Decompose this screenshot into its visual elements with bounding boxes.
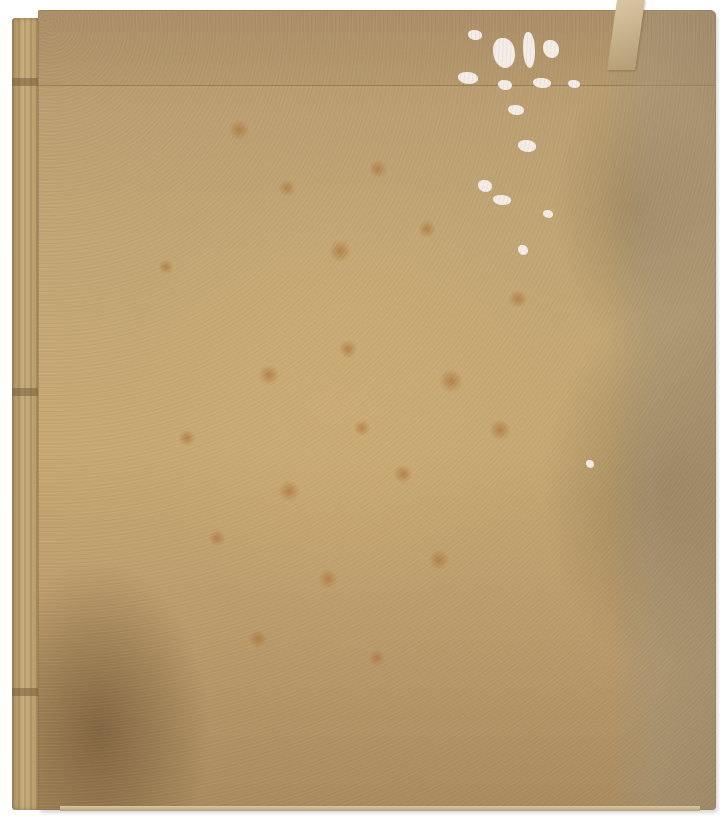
paper-flake bbox=[523, 32, 535, 68]
paper-flake bbox=[518, 140, 536, 152]
paper-flake bbox=[478, 180, 492, 192]
page-edge bbox=[60, 806, 700, 811]
paper-flake bbox=[586, 460, 594, 468]
book-cover bbox=[38, 10, 716, 810]
foxing-spot bbox=[368, 160, 388, 178]
foxing-spot bbox=[318, 570, 338, 588]
water-stain bbox=[606, 10, 716, 810]
foxing-spot bbox=[428, 550, 450, 570]
paper-flake bbox=[458, 72, 478, 84]
foxing-spot bbox=[278, 480, 300, 502]
paper-flake bbox=[508, 105, 524, 115]
foxing-spot bbox=[328, 240, 352, 262]
paper-flake bbox=[518, 245, 528, 255]
foxing-spot bbox=[208, 530, 226, 546]
foxing-spot bbox=[438, 370, 464, 392]
paper-flake bbox=[533, 78, 551, 88]
paper-flake bbox=[468, 30, 482, 40]
foxing-spot bbox=[353, 420, 371, 436]
foxing-spot bbox=[228, 120, 250, 140]
paper-flake bbox=[498, 80, 512, 90]
paper-flake bbox=[543, 210, 553, 218]
foxing-spot bbox=[278, 180, 296, 196]
paper-flake bbox=[568, 80, 580, 88]
foxing-spot bbox=[158, 260, 174, 274]
foxing-spot bbox=[178, 430, 196, 446]
foxing-spot bbox=[393, 465, 413, 483]
paper-flake bbox=[493, 195, 511, 205]
foxing-spot bbox=[248, 630, 268, 648]
paper-flake bbox=[543, 40, 559, 58]
foxing-spot bbox=[258, 365, 280, 385]
foxing-spot bbox=[508, 290, 528, 308]
foxing-spot bbox=[368, 650, 386, 666]
foxing-spot bbox=[338, 340, 358, 358]
paper-flake bbox=[493, 38, 515, 68]
foxing-spot bbox=[488, 420, 512, 440]
foxing-spot bbox=[418, 220, 436, 238]
book-photo bbox=[0, 0, 727, 827]
